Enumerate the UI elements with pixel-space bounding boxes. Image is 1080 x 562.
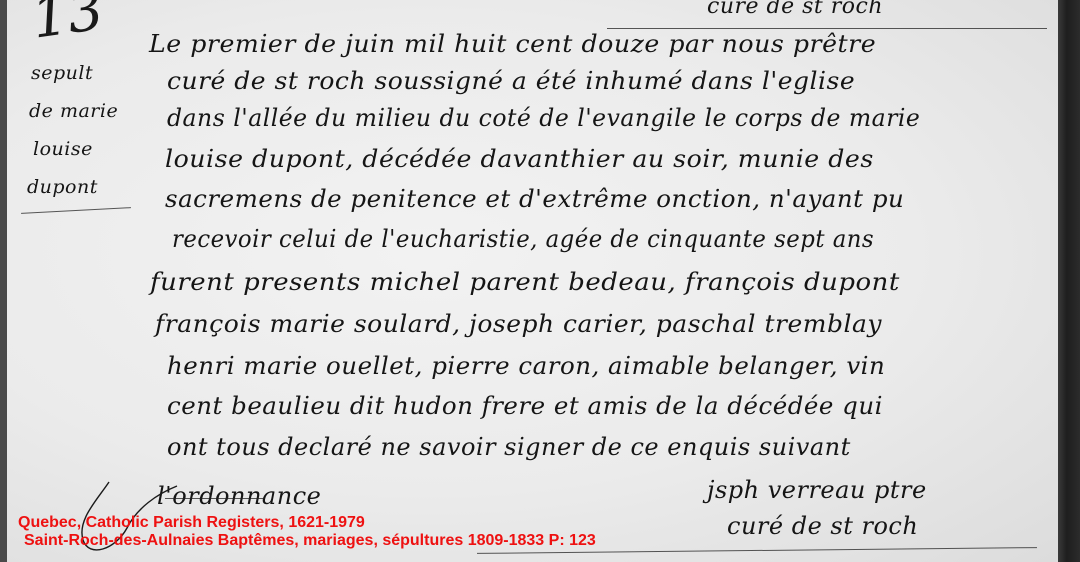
record-line: cent beaulieu dit hudon frere et amis de… [167,392,883,420]
entry-number: 13 [28,0,108,52]
signature-line: curé de st roch [727,512,918,540]
scan-right-edge [1058,0,1080,562]
margin-note-line: dupont [27,176,98,198]
margin-note-underline [21,207,131,214]
register-page: 13 curé de st roch sepult de marie louis… [7,0,1058,562]
caption-collection: Quebec, Catholic Parish Registers, 1621-… [18,514,596,532]
source-caption: Quebec, Catholic Parish Registers, 1621-… [18,514,596,550]
record-line: henri marie ouellet, pierre caron, aimab… [167,352,885,380]
margin-note-line: sepult [31,62,93,84]
record-line: curé de st roch soussigné a été inhumé d… [167,67,855,95]
margin-note-line: de marie [29,100,118,122]
record-line: Le premier de juin mil huit cent douze p… [149,30,876,58]
record-line: ont tous declaré ne savoir signer de ce … [167,433,851,461]
record-line: dans l'allée du milieu du coté de l'evan… [167,104,920,132]
header-fragment: curé de st roch [707,0,883,19]
header-rule [607,28,1047,29]
caption-register-page: Saint-Roch-des-Aulnaies Baptêmes, mariag… [18,532,596,550]
scan-left-edge [0,0,7,562]
record-line: françois marie soulard, joseph carier, p… [155,310,882,338]
record-line: louise dupont, décédée davanthier au soi… [165,145,874,173]
margin-note-line: louise [33,138,93,160]
record-line: sacremens de penitence et d'extrême onct… [165,185,904,213]
signature-line: jsph verreau ptre [707,476,927,504]
record-line: furent presents michel parent bedeau, fr… [150,268,900,296]
record-line: recevoir celui de l'eucharistie, agée de… [172,225,874,253]
